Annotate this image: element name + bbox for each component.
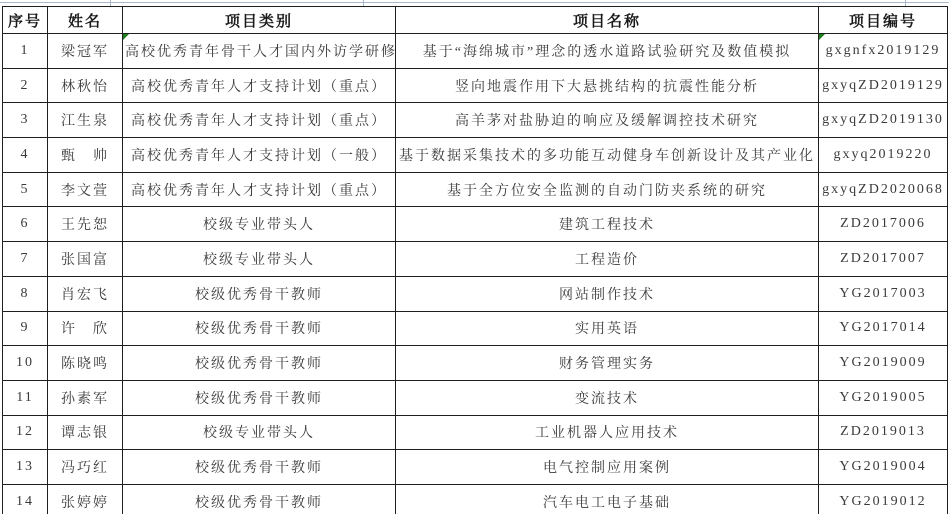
cell-project-name[interactable]: 高羊茅对盐胁迫的响应及缓解调控技术研究 [396,103,819,138]
cell-project-category[interactable]: 校级优秀骨干教师 [123,311,396,346]
cell-text: ZD2017006 [840,216,926,231]
cell-project-category[interactable]: 高校优秀青年人才支持计划（一般） [123,138,396,173]
cell-serial-number[interactable]: 3 [3,103,48,138]
cell-project-code[interactable]: gxyqZD2020068 [819,172,948,207]
header-project-category[interactable]: 项目类别 [123,7,396,34]
cell-text: 基于数据采集技术的多功能互动健身车创新设计及其产业化 [399,149,815,164]
cell-project-name[interactable]: 变流技术 [396,380,819,415]
cell-project-category[interactable]: 校级优秀骨干教师 [123,484,396,514]
table-row: 10陈晓鸣校级优秀骨干教师财务管理实务YG2019009 [3,346,948,381]
cell-text: 基于“海绵城市”理念的透水道路试验研究及数值模拟 [423,45,791,60]
cell-serial-number[interactable]: 10 [3,346,48,381]
cell-text: 高校优秀青年人才支持计划（重点） [131,80,387,95]
cell-text: 汽车电工电子基础 [543,496,671,511]
header-text: 项目类别 [225,14,293,30]
cell-teacher-name[interactable]: 肖宏飞 [48,276,123,311]
cell-error-indicator-icon [819,34,825,40]
project-award-table: 序号 姓名 项目类别 项目名称 项目编号 1梁冠军高校优秀青年骨干人才国内外访学… [2,6,948,514]
cell-project-code[interactable]: gxyqZD2019129 [819,68,948,103]
cell-text: 10 [16,355,34,370]
cell-text: 张婷婷 [61,496,109,511]
cell-error-indicator-icon [123,34,129,40]
cell-text: gxyq2019220 [834,147,933,162]
cell-serial-number[interactable]: 13 [3,450,48,485]
cell-teacher-name[interactable]: 孙素军 [48,380,123,415]
cell-project-category[interactable]: 校级专业带头人 [123,207,396,242]
cell-project-name[interactable]: 基于“海绵城市”理念的透水道路试验研究及数值模拟 [396,34,819,69]
cell-text: 6 [21,216,30,231]
table-row: 7张国富校级专业带头人工程造价ZD2017007 [3,242,948,277]
cell-text: ZD2019013 [840,424,926,439]
cell-serial-number[interactable]: 7 [3,242,48,277]
header-text: 姓名 [68,14,102,30]
cell-text: YG2017003 [839,286,926,301]
cell-text: 校级专业带头人 [203,253,315,268]
cell-text: 林秋怡 [61,80,109,95]
cell-project-code[interactable]: gxyq2019220 [819,138,948,173]
cell-text: 7 [21,251,30,266]
cell-text: 工业机器人应用技术 [535,426,679,441]
cell-text: gxyqZD2019129 [822,78,944,93]
cell-text: 工程造价 [575,253,639,268]
cell-project-name[interactable]: 工程造价 [396,242,819,277]
cell-project-name[interactable]: 建筑工程技术 [396,207,819,242]
cell-text: 5 [21,182,30,197]
cell-project-category[interactable]: 校级专业带头人 [123,242,396,277]
cell-teacher-name[interactable]: 张国富 [48,242,123,277]
cell-project-code[interactable]: YG2019005 [819,380,948,415]
header-project-name[interactable]: 项目名称 [396,7,819,34]
cell-text: 13 [16,459,34,474]
cell-teacher-name[interactable]: 谭志银 [48,415,123,450]
cell-text: 校级优秀骨干教师 [195,357,323,372]
cell-text: YG2019009 [839,355,926,370]
cell-serial-number[interactable]: 12 [3,415,48,450]
table-row: 8肖宏飞校级优秀骨干教师网站制作技术YG2017003 [3,276,948,311]
header-text: 项目编号 [849,14,917,30]
cell-project-name[interactable]: 网站制作技术 [396,276,819,311]
cell-project-code[interactable]: gxyqZD2019130 [819,103,948,138]
cell-teacher-name[interactable]: 王先恕 [48,207,123,242]
header-project-code[interactable]: 项目编号 [819,7,948,34]
cell-text: 校级专业带头人 [203,426,315,441]
cell-project-category[interactable]: 校级优秀骨干教师 [123,346,396,381]
cell-text: 校级优秀骨干教师 [195,288,323,303]
cell-text: YG2019004 [839,459,926,474]
cell-project-code[interactable]: ZD2019013 [819,415,948,450]
header-row: 序号 姓名 项目类别 项目名称 项目编号 [3,7,948,34]
cell-text: YG2017014 [839,320,926,335]
cell-text: gxgnfx2019129 [826,43,941,58]
cell-text: 高校优秀青年人才支持计划（重点） [131,184,387,199]
table-row: 12谭志银校级专业带头人工业机器人应用技术ZD2019013 [3,415,948,450]
table-row: 6王先恕校级专业带头人建筑工程技术ZD2017006 [3,207,948,242]
cell-text: 变流技术 [575,392,639,407]
cell-text: 高羊茅对盐胁迫的响应及缓解调控技术研究 [455,114,759,129]
cell-text: 肖宏飞 [61,288,109,303]
cell-project-category[interactable]: 高校优秀青年人才支持计划（重点） [123,68,396,103]
cell-project-name[interactable]: 竖向地震作用下大悬挑结构的抗震性能分析 [396,68,819,103]
cell-serial-number[interactable]: 5 [3,172,48,207]
cell-text: 高校优秀青年人才支持计划（重点） [131,114,387,129]
cell-project-code[interactable]: YG2017003 [819,276,948,311]
cell-teacher-name[interactable]: 梁冠军 [48,34,123,69]
cell-text: 王先恕 [61,218,109,233]
cell-text: 校级优秀骨干教师 [195,322,323,337]
table-row: 1梁冠军高校优秀青年骨干人才国内外访学研修基于“海绵城市”理念的透水道路试验研究… [3,34,948,69]
cell-text: 校级专业带头人 [203,218,315,233]
cell-serial-number[interactable]: 2 [3,68,48,103]
cell-text: 电气控制应用案例 [543,461,671,476]
cell-project-name[interactable]: 电气控制应用案例 [396,450,819,485]
cell-project-category[interactable]: 高校优秀青年人才支持计划（重点） [123,103,396,138]
cell-text: 财务管理实务 [559,357,655,372]
cell-teacher-name[interactable]: 林秋怡 [48,68,123,103]
cell-project-code[interactable]: ZD2017006 [819,207,948,242]
cell-text: YG2019005 [839,390,926,405]
cell-serial-number[interactable]: 14 [3,484,48,514]
header-serial-number[interactable]: 序号 [3,7,48,34]
cell-text: 冯巧红 [61,461,109,476]
cell-project-name[interactable]: 工业机器人应用技术 [396,415,819,450]
table-row: 14张婷婷校级优秀骨干教师汽车电工电子基础YG2019012 [3,484,948,514]
header-text: 序号 [8,14,42,30]
cell-project-code[interactable]: YG2017014 [819,311,948,346]
cell-serial-number[interactable]: 4 [3,138,48,173]
spreadsheet-canvas: 序号 姓名 项目类别 项目名称 项目编号 1梁冠军高校优秀青年骨干人才国内外访学… [0,0,949,514]
cell-project-name[interactable]: 汽车电工电子基础 [396,484,819,514]
cell-text: 12 [16,424,34,439]
cell-text: 9 [21,320,30,335]
cell-text: 基于全方位安全监测的自动门防夹系统的研究 [447,184,767,199]
cell-text: 建筑工程技术 [559,218,655,233]
cell-project-category[interactable]: 校级专业带头人 [123,415,396,450]
cell-text: 李文萱 [61,184,109,199]
cell-text: 张国富 [61,253,109,268]
table-row: 3江生泉高校优秀青年人才支持计划（重点）高羊茅对盐胁迫的响应及缓解调控技术研究g… [3,103,948,138]
cell-project-name[interactable]: 基于数据采集技术的多功能互动健身车创新设计及其产业化 [396,138,819,173]
cell-text: gxyqZD2019130 [822,112,944,127]
cell-serial-number[interactable]: 6 [3,207,48,242]
cell-text: 校级优秀骨干教师 [195,461,323,476]
cell-text: 网站制作技术 [559,288,655,303]
cell-text: 校级优秀骨干教师 [195,496,323,511]
cell-text: YG2019012 [839,494,926,509]
cell-text: 校级优秀骨干教师 [195,392,323,407]
cell-text: 高校优秀青年骨干人才国内外访学研修 [125,45,396,60]
cell-text: 3 [21,112,30,127]
cell-text: 1 [21,43,30,58]
cell-serial-number[interactable]: 9 [3,311,48,346]
cell-serial-number[interactable]: 1 [3,34,48,69]
cell-serial-number[interactable]: 8 [3,276,48,311]
cell-project-category[interactable]: 高校优秀青年骨干人才国内外访学研修 [123,34,396,69]
cell-text: 14 [16,494,34,509]
cell-project-name[interactable]: 财务管理实务 [396,346,819,381]
cell-project-code[interactable]: YG2019004 [819,450,948,485]
cell-teacher-name[interactable]: 李文萱 [48,172,123,207]
cell-text: 竖向地震作用下大悬挑结构的抗震性能分析 [455,80,759,95]
cell-text: gxyqZD2020068 [822,182,944,197]
table-row: 5李文萱高校优秀青年人才支持计划（重点）基于全方位安全监测的自动门防夹系统的研究… [3,172,948,207]
cell-text: 谭志银 [61,426,109,441]
cell-project-code[interactable]: YG2019009 [819,346,948,381]
cell-teacher-name[interactable]: 张婷婷 [48,484,123,514]
cell-text: 实用英语 [575,322,639,337]
cell-text: 江生泉 [61,114,109,129]
header-text: 项目名称 [573,14,641,30]
cell-teacher-name[interactable]: 甄 帅 [48,138,123,173]
cell-teacher-name[interactable]: 陈晓鸣 [48,346,123,381]
cell-teacher-name[interactable]: 冯巧红 [48,450,123,485]
table-row: 13冯巧红校级优秀骨干教师电气控制应用案例YG2019004 [3,450,948,485]
cell-project-code[interactable]: ZD2017007 [819,242,948,277]
table-row: 9许 欣校级优秀骨干教师实用英语YG2017014 [3,311,948,346]
cell-teacher-name[interactable]: 许 欣 [48,311,123,346]
cell-text: 甄 帅 [61,149,109,164]
cell-text: 梁冠军 [61,45,109,60]
cell-project-code[interactable]: YG2019012 [819,484,948,514]
table-row: 4甄 帅高校优秀青年人才支持计划（一般）基于数据采集技术的多功能互动健身车创新设… [3,138,948,173]
cell-project-category[interactable]: 校级优秀骨干教师 [123,380,396,415]
cell-project-category[interactable]: 高校优秀青年人才支持计划（重点） [123,172,396,207]
header-teacher-name[interactable]: 姓名 [48,7,123,34]
cell-serial-number[interactable]: 11 [3,380,48,415]
table-row: 11孙素军校级优秀骨干教师变流技术YG2019005 [3,380,948,415]
cell-project-code[interactable]: gxgnfx2019129 [819,34,948,69]
cell-text: 8 [21,286,30,301]
cell-teacher-name[interactable]: 江生泉 [48,103,123,138]
cell-text: 许 欣 [61,322,109,337]
cell-text: 高校优秀青年人才支持计划（一般） [131,149,387,164]
cell-text: 陈晓鸣 [61,357,109,372]
cell-text: 孙素军 [61,392,109,407]
cell-text: 4 [21,147,30,162]
table-row: 2林秋怡高校优秀青年人才支持计划（重点）竖向地震作用下大悬挑结构的抗震性能分析g… [3,68,948,103]
cell-text: ZD2017007 [840,251,926,266]
cell-project-category[interactable]: 校级优秀骨干教师 [123,450,396,485]
cell-text: 2 [21,78,30,93]
sheet-gridline-horizontal [0,2,949,3]
cell-text: 11 [16,390,33,405]
cell-project-name[interactable]: 基于全方位安全监测的自动门防夹系统的研究 [396,172,819,207]
cell-project-category[interactable]: 校级优秀骨干教师 [123,276,396,311]
cell-project-name[interactable]: 实用英语 [396,311,819,346]
